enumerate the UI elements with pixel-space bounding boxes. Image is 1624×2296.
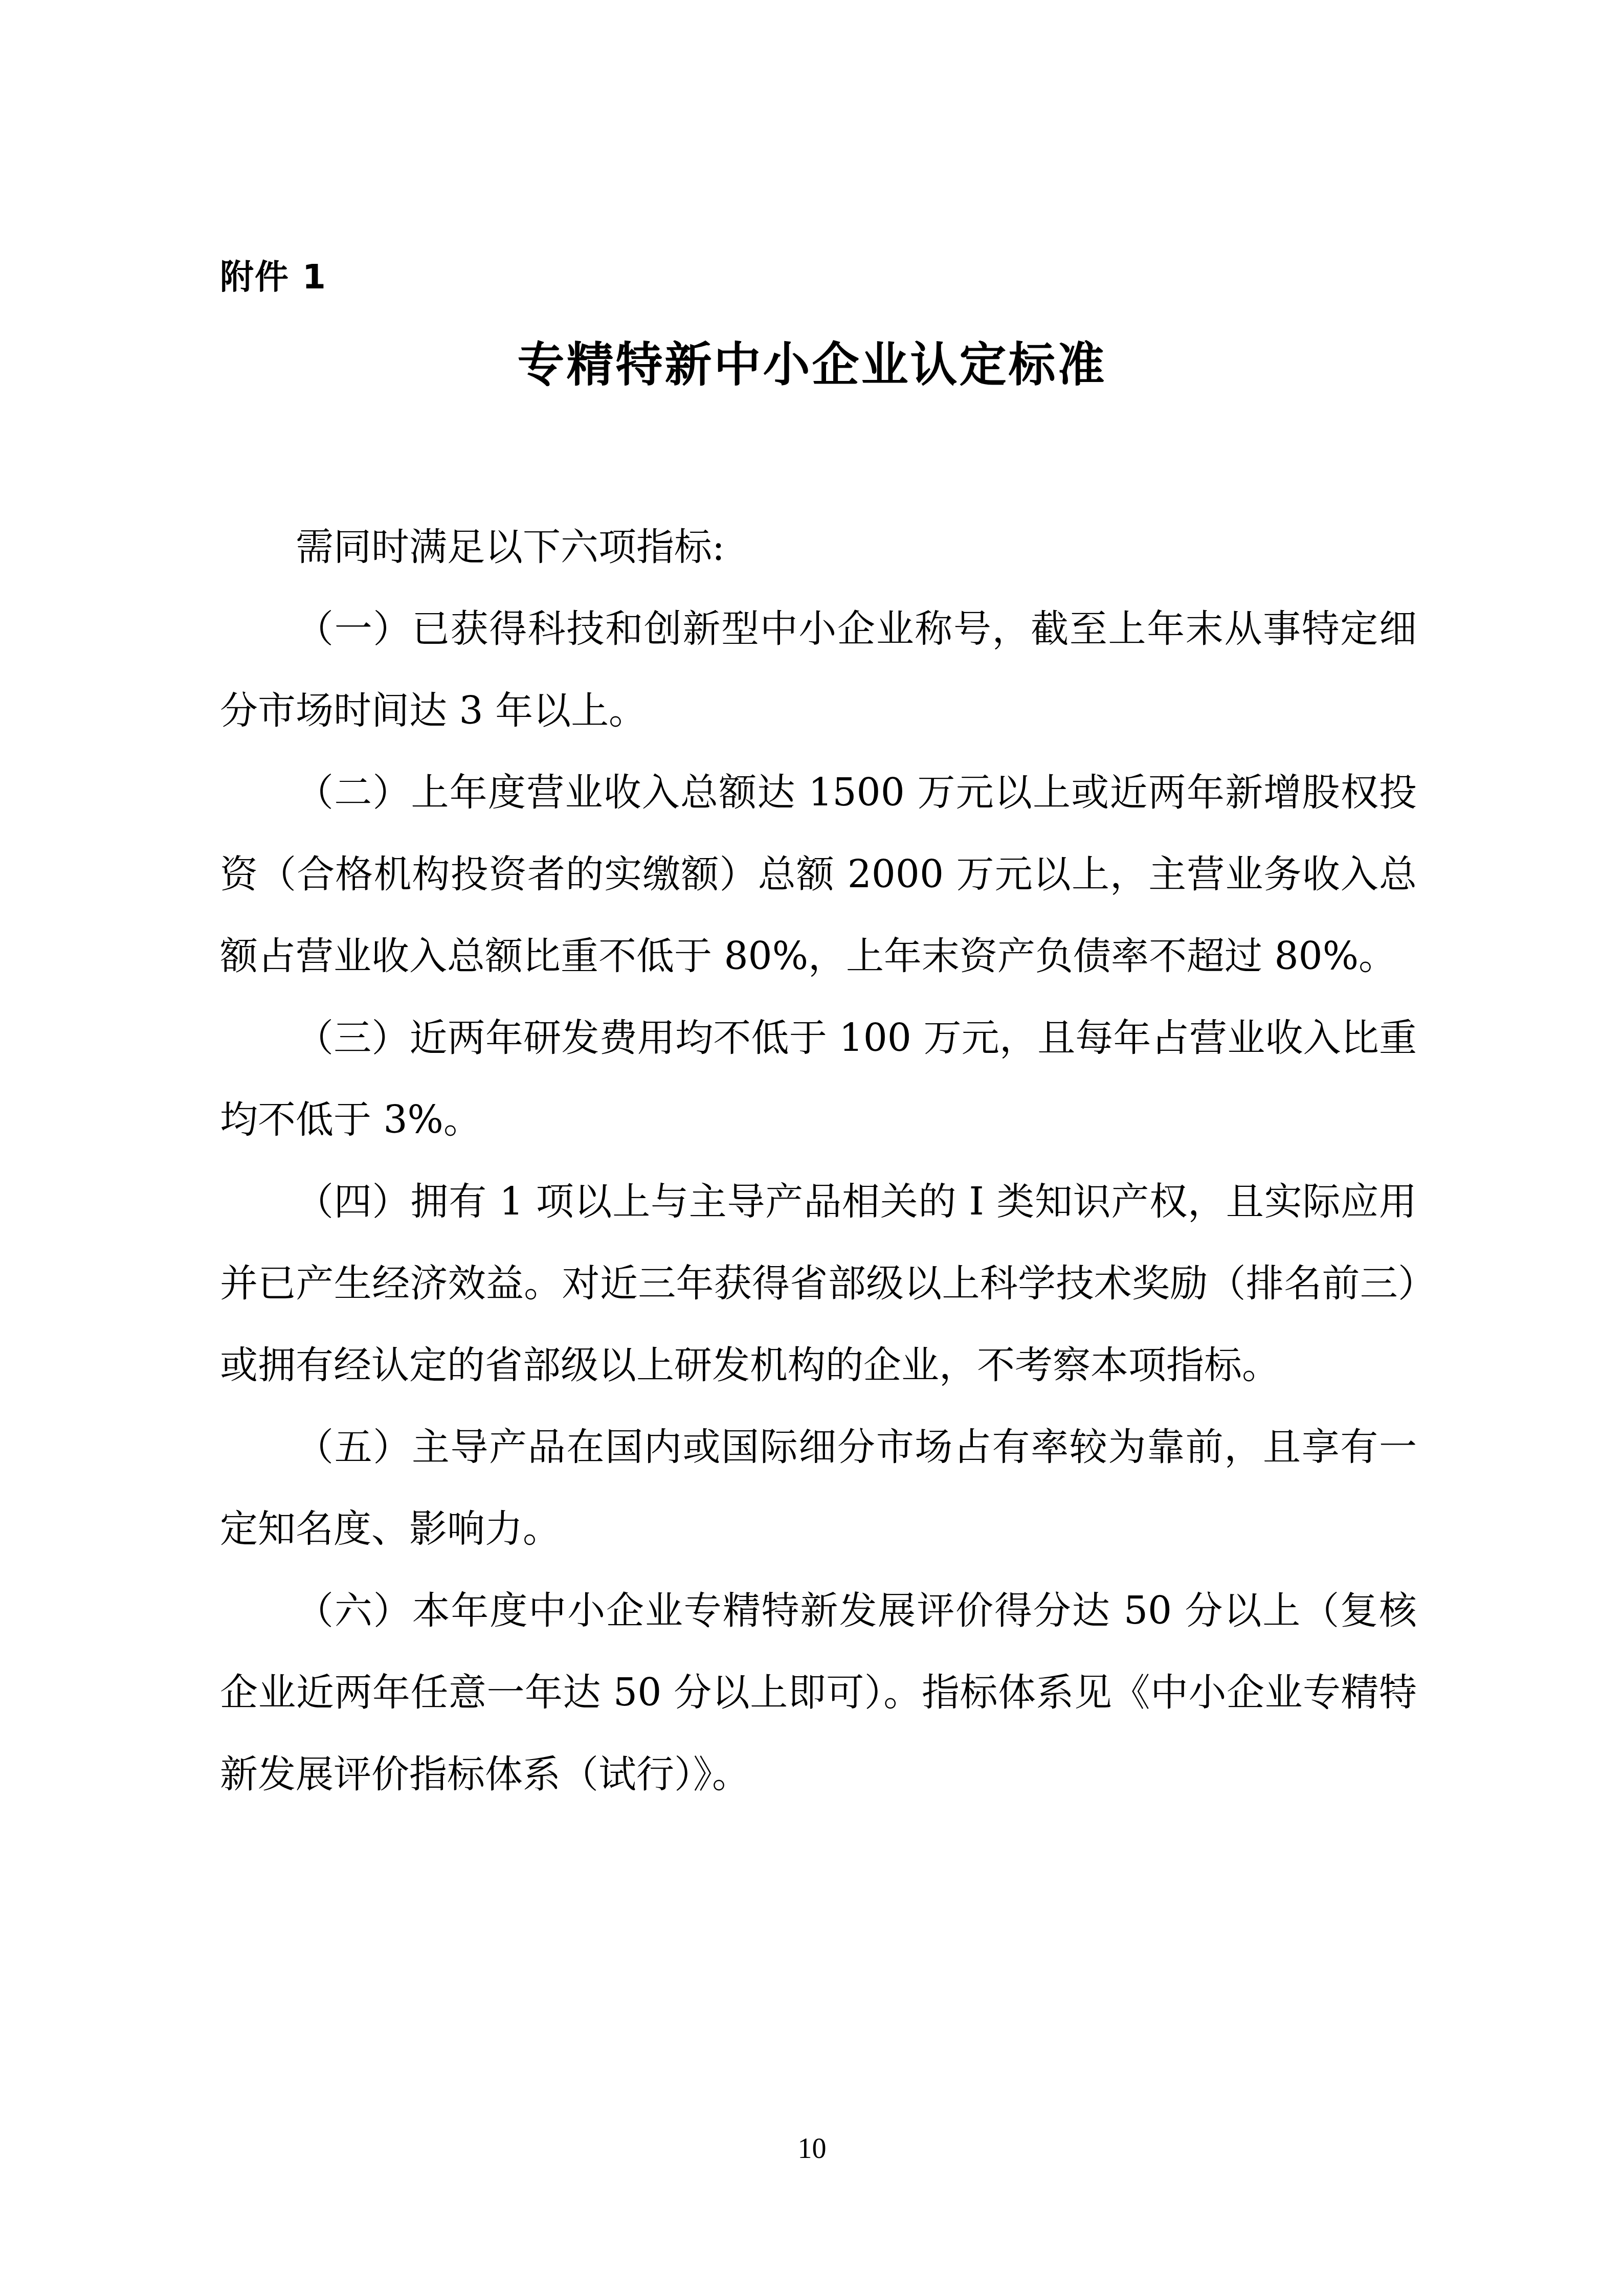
criterion-2-paragraph: （二）上年度营业收入总额达 1500 万元以上或近两年新增股权投资（合格机构投资… xyxy=(220,752,1417,997)
attachment-label: 附件 1 xyxy=(220,250,327,298)
criterion-1-paragraph: （一）已获得科技和创新型中小企业称号，截至上年末从事特定细分市场时间达 3 年以… xyxy=(220,588,1417,752)
document-page: 附件 1 专精特新中小企业认定标准 需同时满足以下六项指标: （一）已获得科技和… xyxy=(0,0,1624,2296)
criterion-3-paragraph: （三）近两年研发费用均不低于 100 万元，且每年占营业收入比重均不低于 3%。 xyxy=(220,997,1417,1161)
document-title: 专精特新中小企业认定标准 xyxy=(0,327,1624,395)
criterion-6-paragraph: （六）本年度中小企业专精特新发展评价得分达 50 分以上（复核企业近两年任意一年… xyxy=(220,1570,1417,1815)
criterion-4-paragraph: （四）拥有 1 项以上与主导产品相关的 I 类知识产权，且实际应用并已产生经济效… xyxy=(220,1161,1417,1406)
intro-paragraph: 需同时满足以下六项指标: xyxy=(220,506,1417,588)
document-body: 需同时满足以下六项指标: （一）已获得科技和创新型中小企业称号，截至上年末从事特… xyxy=(220,506,1417,1815)
criterion-5-paragraph: （五）主导产品在国内或国际细分市场占有率较为靠前，且享有一定知名度、影响力。 xyxy=(220,1406,1417,1570)
page-number: 10 xyxy=(0,2132,1624,2165)
